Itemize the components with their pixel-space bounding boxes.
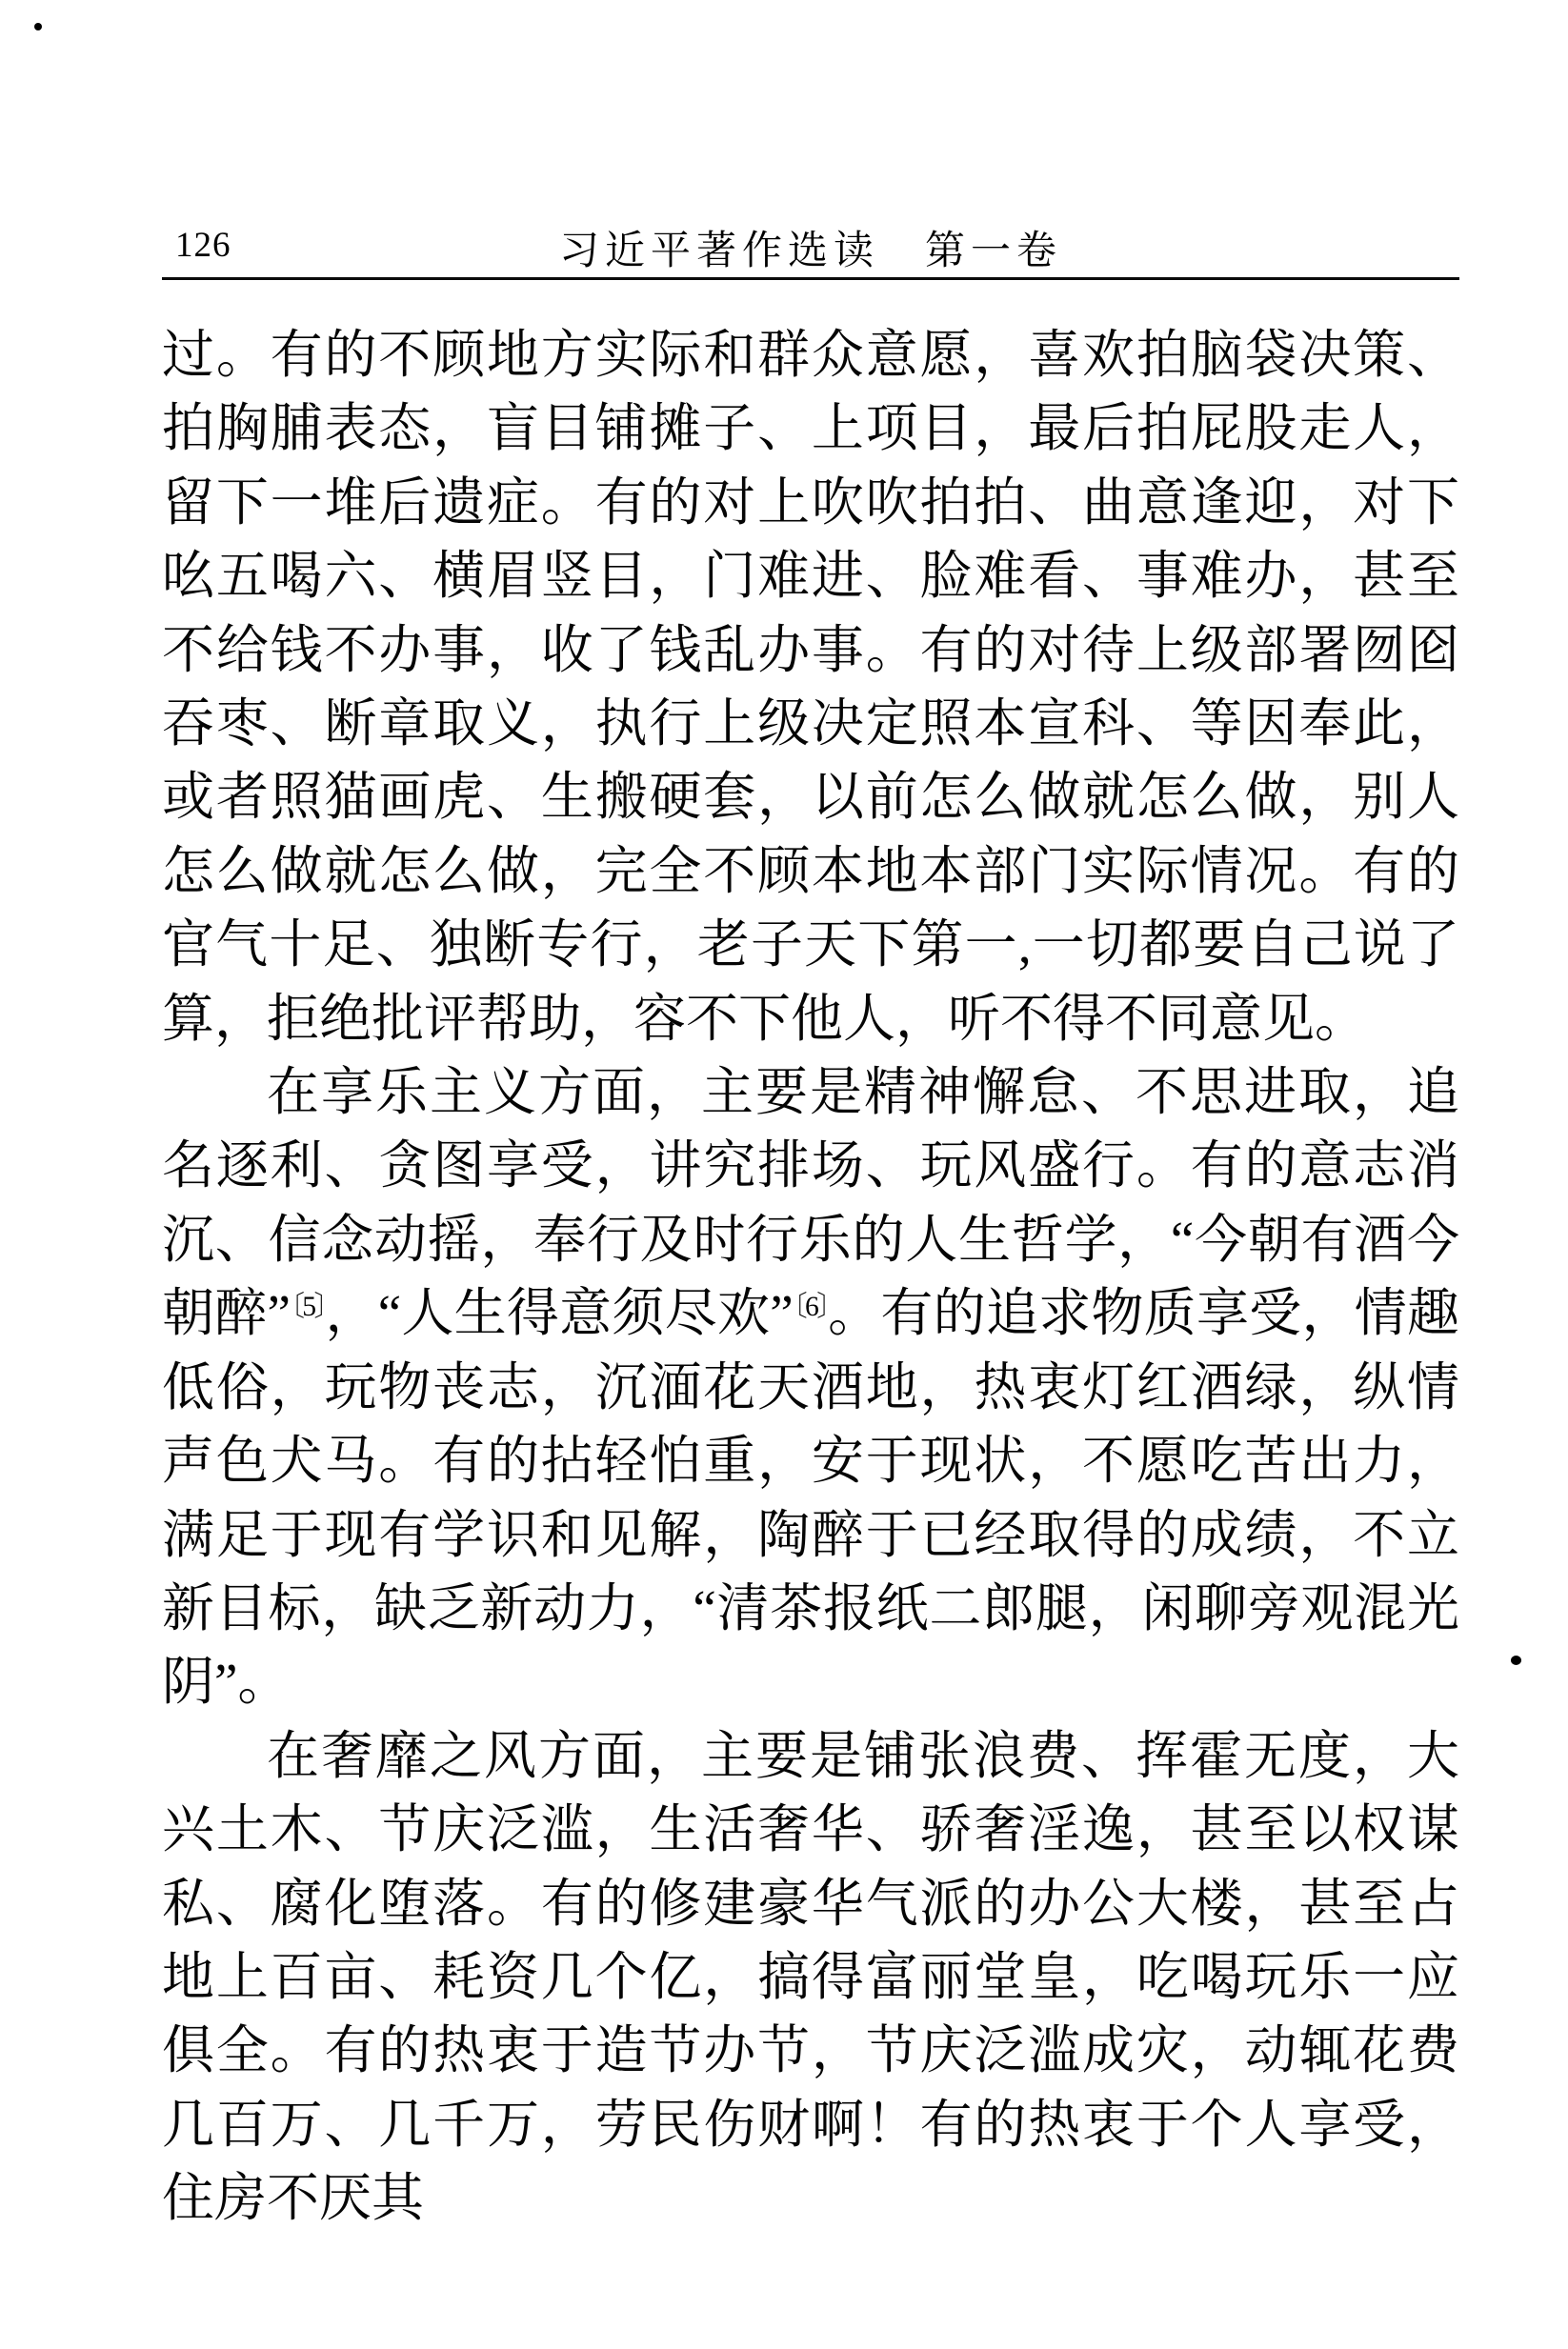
scan-speck-right-margin (1511, 1656, 1521, 1665)
paragraph-text: 过。有的不顾地方实际和群众意愿，喜欢拍脑袋决策、拍胸脯表态，盲目铺摊子、上项目，… (162, 326, 1459, 1048)
paragraph-text: 。有的追求物质享受，情趣低俗，玩物丧志，沉湎花天酒地，热衷灯红酒绿，纵情声色犬马… (162, 1284, 1459, 1711)
header-rule (162, 277, 1459, 280)
footnote-marker: 〔6〕 (794, 1292, 829, 1322)
footnote-marker: 〔5〕 (291, 1292, 326, 1322)
running-header: 126 习近平著作选读 第一卷 (162, 219, 1459, 269)
paragraph-text: ，“人生得意须尽欢” (325, 1284, 793, 1342)
header-title: 习近平著作选读 第一卷 (162, 219, 1459, 276)
body-paragraph: 在享乐主义方面，主要是精神懈怠、不思进取，追名逐利、贪图享受，讲究排场、玩风盛行… (162, 1055, 1459, 1719)
scan-speck-top-left (34, 23, 42, 30)
body-paragraph: 在奢靡之风方面，主要是铺张浪费、挥霍无度，大兴土木、节庆泛滥，生活奢华、骄奢淫逸… (162, 1719, 1459, 2236)
book-page: 126 习近平著作选读 第一卷 过。有的不顾地方实际和群众意愿，喜欢拍脑袋决策、… (0, 0, 1568, 2349)
paragraph-text: 在奢靡之风方面，主要是铺张浪费、挥霍无度，大兴土木、节庆泛滥，生活奢华、骄奢淫逸… (162, 1727, 1459, 2227)
text-block: 过。有的不顾地方实际和群众意愿，喜欢拍脑袋决策、拍胸脯表态，盲目铺摊子、上项目，… (162, 318, 1459, 2236)
body-paragraph: 过。有的不顾地方实际和群众意愿，喜欢拍脑袋决策、拍胸脯表态，盲目铺摊子、上项目，… (162, 318, 1459, 1055)
